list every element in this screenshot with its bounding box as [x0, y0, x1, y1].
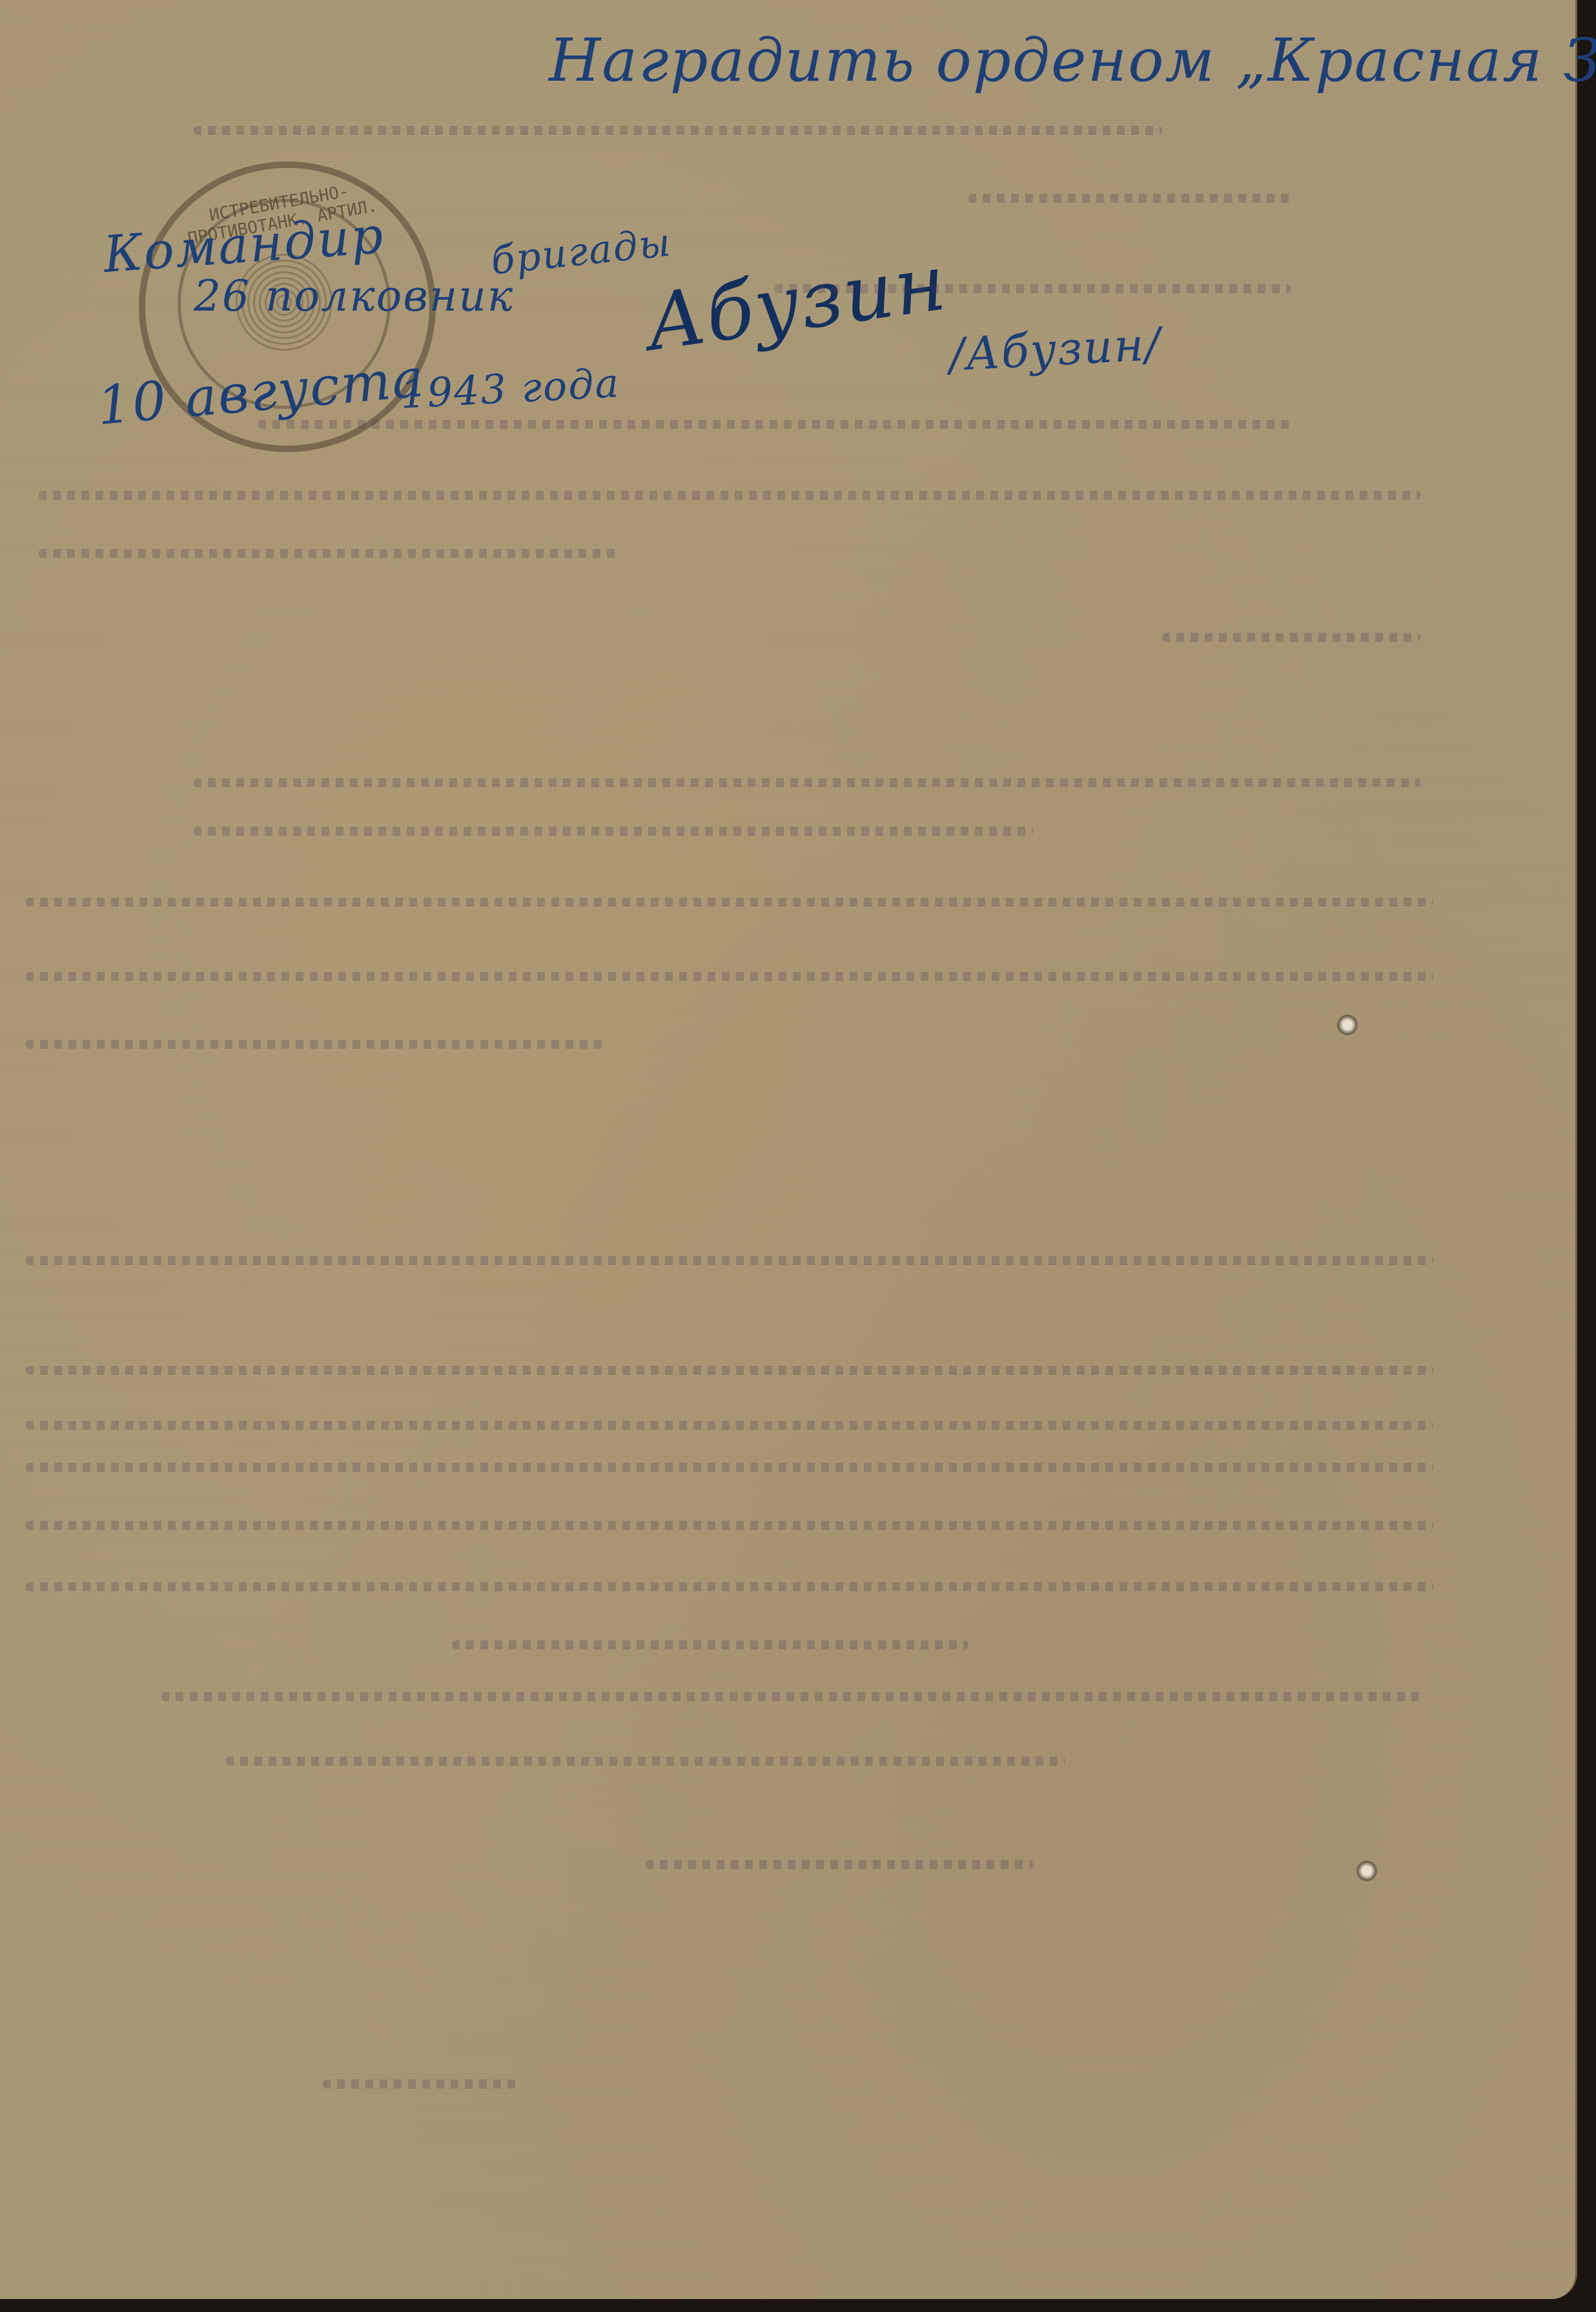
faded-typed-line	[452, 1640, 968, 1649]
faded-typed-line	[26, 1040, 607, 1049]
faded-typed-line	[1162, 633, 1420, 642]
faded-typed-line	[258, 420, 1291, 429]
signature-name: /Абузин/	[948, 317, 1163, 381]
faded-typed-line	[226, 1757, 1065, 1766]
faded-typed-line	[39, 549, 620, 558]
paper-hole	[1336, 1014, 1358, 1036]
faded-typed-line	[26, 1256, 1433, 1265]
document-sheet: Наградить орденом „Красная Звезда" ИСТРЕ…	[0, 0, 1577, 2299]
commander-unit: бригады	[489, 220, 673, 284]
faded-typed-line	[323, 2080, 517, 2089]
faded-typed-line	[26, 1366, 1433, 1375]
faded-typed-line	[26, 1582, 1433, 1591]
faded-typed-line	[26, 972, 1433, 981]
faded-typed-line	[26, 1421, 1433, 1430]
faded-typed-line	[26, 1521, 1433, 1530]
award-resolution: Наградить орденом „Красная Звезда"	[549, 26, 1596, 95]
faded-typed-line	[968, 194, 1291, 203]
commander-rank: 26 полковник	[194, 271, 514, 321]
faded-typed-line	[26, 1463, 1433, 1472]
faded-typed-line	[194, 827, 1033, 836]
faded-typed-line	[194, 126, 1162, 135]
faded-typed-line	[646, 1860, 1033, 1869]
faded-typed-line	[775, 284, 1291, 293]
signature: Абузин	[641, 238, 952, 369]
paper-hole	[1356, 1860, 1378, 1882]
faded-typed-line	[39, 491, 1420, 500]
faded-typed-line	[26, 898, 1433, 907]
faded-typed-line	[161, 1692, 1420, 1701]
faded-typed-line	[194, 778, 1420, 787]
date-year: 1943 года	[399, 359, 621, 418]
